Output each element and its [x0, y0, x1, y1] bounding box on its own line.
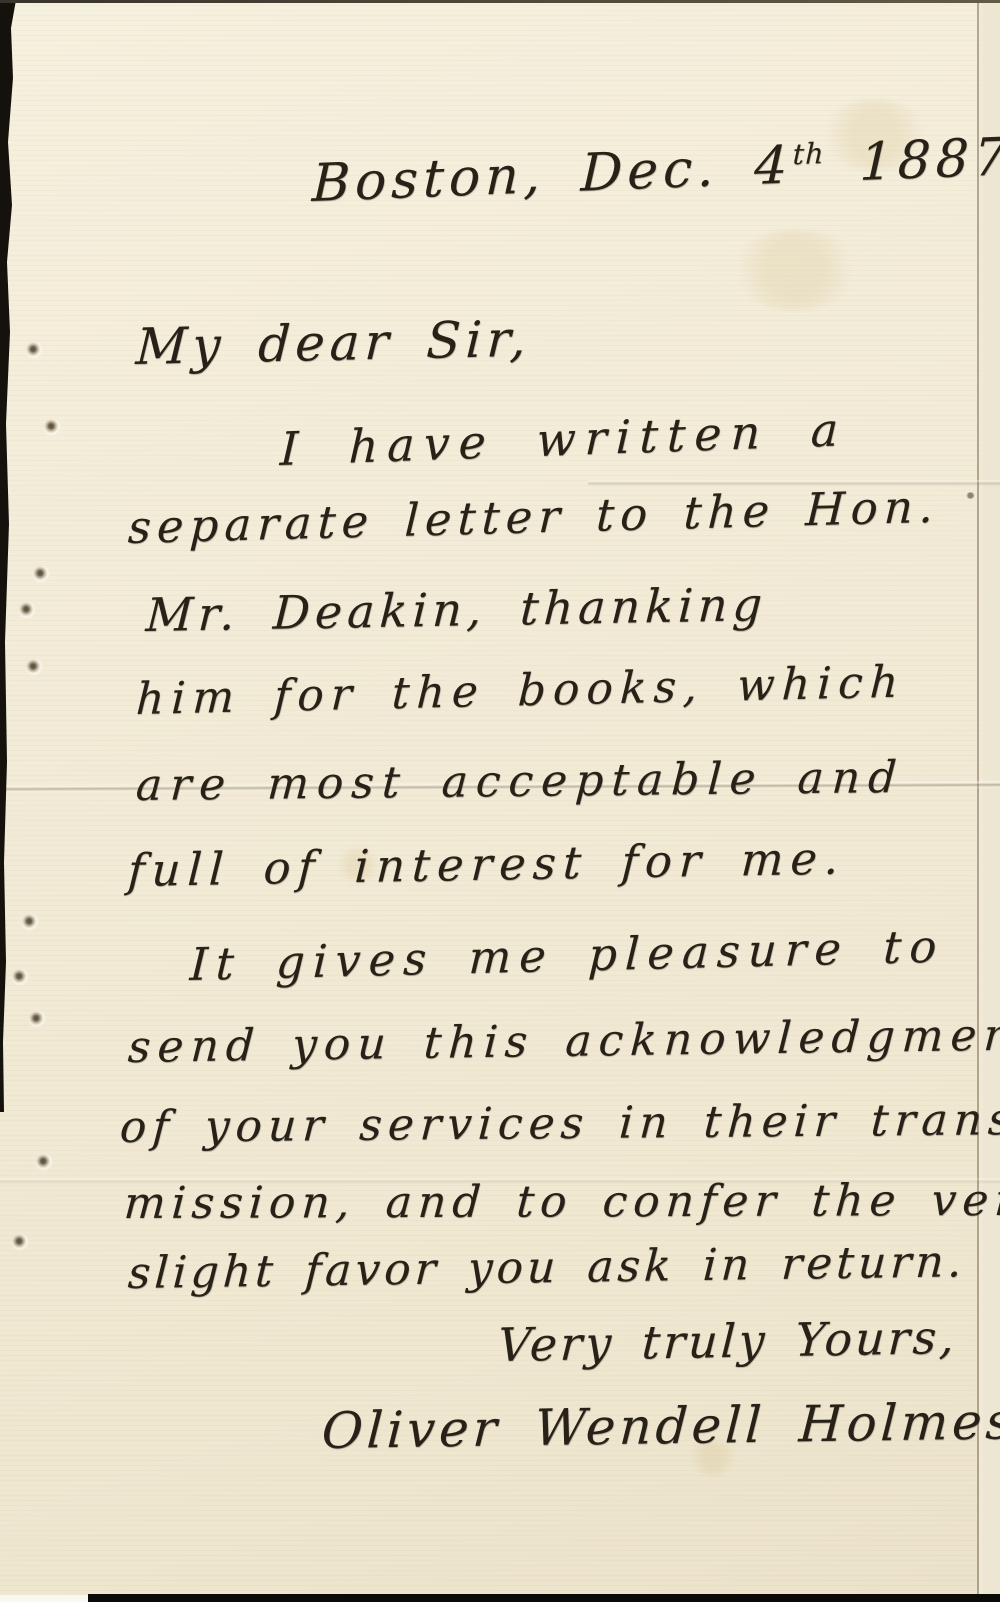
pinhole — [12, 1234, 29, 1251]
body-line: are most acceptable and — [135, 756, 906, 808]
pinhole — [26, 342, 43, 359]
aging-stain — [730, 230, 860, 310]
scan-edge-bottom-sliver — [0, 1595, 92, 1602]
dateline-main: Boston, Dec. 4 — [311, 135, 793, 214]
pinhole — [33, 566, 50, 583]
letter-paper: Boston, Dec. 4th 1887. My dear Sir, I ha… — [0, 0, 1000, 1602]
scanned-letter: Boston, Dec. 4th 1887. My dear Sir, I ha… — [0, 0, 1000, 1602]
pinhole — [29, 1011, 46, 1028]
body-line: I have written a — [279, 406, 848, 472]
body-line: send you this acknowledgment — [127, 1013, 1000, 1070]
paper-fold-edge — [977, 0, 1000, 1602]
body-line: mission, and to confer the very — [123, 1179, 1000, 1226]
ink-speck — [966, 492, 975, 499]
pinhole — [36, 1154, 53, 1171]
signature-line: Oliver Wendell Holmes. — [321, 1396, 1000, 1456]
body-line: him for the books, which — [135, 661, 906, 723]
body-line: It gives me pleasure to — [189, 924, 946, 988]
body-line: separate letter to the Hon. — [127, 484, 940, 550]
body-line: slight favor you ask in return. — [127, 1240, 967, 1296]
body-line: Mr. Deakin, thanking — [145, 581, 768, 638]
closing-line: Very truly Yours, — [497, 1314, 958, 1368]
pinhole — [22, 914, 39, 931]
scan-edge-top — [0, 0, 1000, 3]
pinhole — [44, 419, 61, 436]
body-line: full of interest for me. — [127, 835, 847, 893]
dateline-year: 1887. — [823, 126, 1000, 194]
scan-edge-bottom — [88, 1594, 1000, 1602]
body-line: of your services in their trans- — [119, 1098, 1000, 1150]
scan-edge-left — [0, 0, 16, 1112]
dateline-ordinal-superscript: th — [792, 136, 825, 171]
pinhole — [19, 602, 36, 619]
pinhole — [12, 969, 29, 986]
salutation-line: My dear Sir, — [135, 314, 532, 372]
dateline: Boston, Dec. 4th 1887. — [311, 130, 1000, 210]
pinhole — [26, 659, 43, 676]
